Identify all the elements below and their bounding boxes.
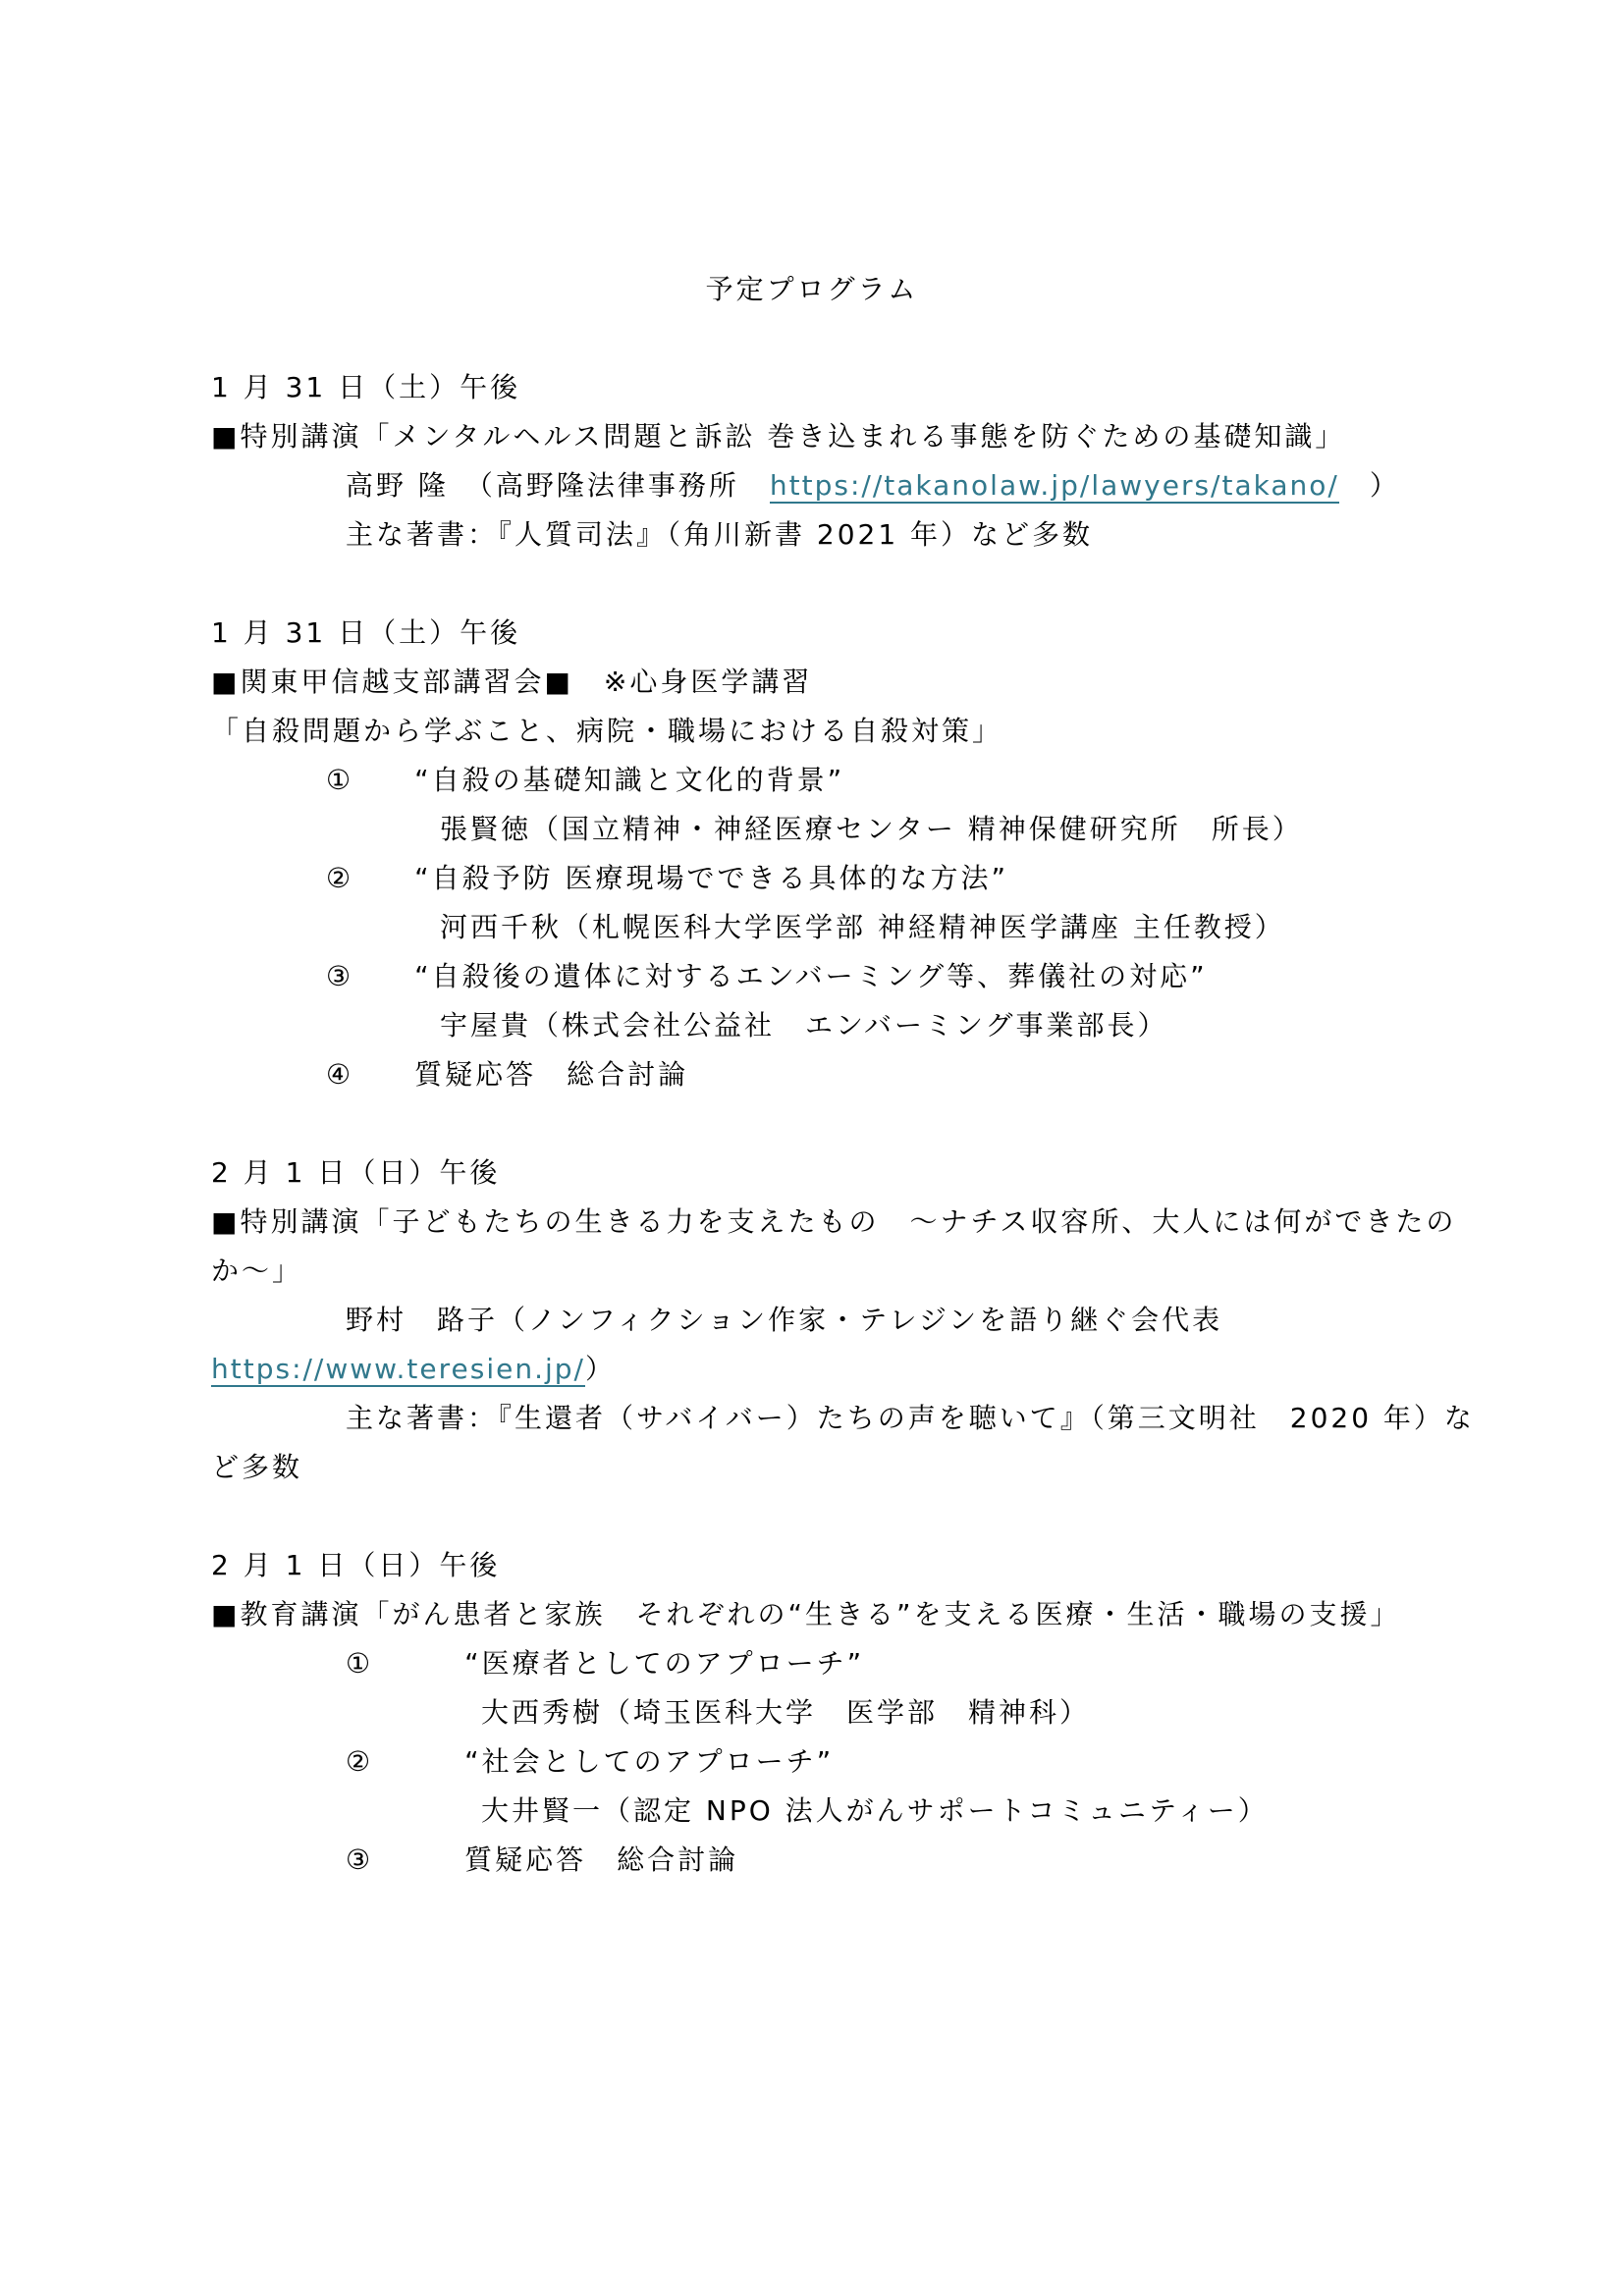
program-item: ④ 質疑応答 総合討論 bbox=[0, 1050, 1624, 1099]
session-title: ■教育講演「がん患者と家族 それぞれの“生きる”を支える医療・生活・職場の支援」 bbox=[0, 1590, 1624, 1639]
text-run: 「自殺問題から学ぶこと、病院・職場における自殺対策」 bbox=[211, 715, 1002, 747]
text-run: ② “自殺予防 医療現場でできる具体的な方法” bbox=[326, 862, 1008, 894]
page-title: 予定プログラム bbox=[0, 265, 1624, 314]
text-run: ） bbox=[585, 1353, 616, 1385]
text-run: 張賢徳（国立精神・神経医療センター 精神保健研究所 所長） bbox=[440, 813, 1303, 845]
takanolaw-link[interactable]: https://takanolaw.jp/lawyers/takano/ bbox=[770, 469, 1339, 504]
text-run: 1 月 31 日（土）午後 bbox=[211, 616, 520, 649]
session-date: 1 月 31 日（土）午後 bbox=[0, 363, 1624, 412]
text-run: ■特別講演「メンタルヘルス問題と訴訟 巻き込まれる事態を防ぐための基礎知識」 bbox=[211, 420, 1345, 453]
document-body: 予定プログラム 1 月 31 日（土）午後■特別講演「メンタルヘルス問題と訴訟 … bbox=[0, 0, 1624, 1885]
speaker-line: 野村 路子（ノンフィクション作家・テレジンを語り継ぐ会代表 bbox=[0, 1296, 1624, 1345]
speaker-line: 大井賢一（認定 NPO 法人がんサポートコミュニティー） bbox=[0, 1787, 1624, 1836]
program-item: ① “自殺の基礎知識と文化的背景” bbox=[0, 756, 1624, 805]
text-run: 1 月 31 日（土）午後 bbox=[211, 371, 520, 403]
program-item: ③ “自殺後の遺体に対するエンバーミング等、葬儀社の対応” bbox=[0, 952, 1624, 1001]
program-section: 2 月 1 日（日）午後■特別講演「子どもたちの生きる力を支えたもの ～ナチス収… bbox=[0, 1148, 1624, 1492]
session-title-wrap: か～」 bbox=[0, 1247, 1624, 1296]
program-section: 1 月 31 日（土）午後■特別講演「メンタルヘルス問題と訴訟 巻き込まれる事態… bbox=[0, 363, 1624, 560]
program-section: 2 月 1 日（日）午後■教育講演「がん患者と家族 それぞれの“生きる”を支える… bbox=[0, 1541, 1624, 1885]
text-run: ④ 質疑応答 総合討論 bbox=[326, 1058, 688, 1091]
url-line: https://www.teresien.jp/） bbox=[0, 1345, 1624, 1394]
text-run: 2 月 1 日（日）午後 bbox=[211, 1549, 500, 1581]
session-subtitle: 「自殺問題から学ぶこと、病院・職場における自殺対策」 bbox=[0, 707, 1624, 756]
text-run: ど多数 bbox=[211, 1451, 302, 1483]
program-section: 1 月 31 日（土）午後■関東甲信越支部講習会■ ※心身医学講習「自殺問題から… bbox=[0, 609, 1624, 1099]
session-title: ■特別講演「子どもたちの生きる力を支えたもの ～ナチス収容所、大人には何ができた… bbox=[0, 1198, 1624, 1247]
text-run: 大井賢一（認定 NPO 法人がんサポートコミュニティー） bbox=[481, 1794, 1269, 1827]
text-run: ② “社会としてのアプローチ” bbox=[346, 1745, 834, 1778]
text-run: 2 月 1 日（日）午後 bbox=[211, 1156, 500, 1189]
books-line-wrap: ど多数 bbox=[0, 1443, 1624, 1492]
speaker-line: 河西千秋（札幌医科大学医学部 神経精神医学講座 主任教授） bbox=[0, 903, 1624, 952]
speaker-line: 張賢徳（国立精神・神経医療センター 精神保健研究所 所長） bbox=[0, 805, 1624, 854]
session-title: ■関東甲信越支部講習会■ ※心身医学講習 bbox=[0, 658, 1624, 707]
speaker-line: 大西秀樹（埼玉医科大学 医学部 精神科） bbox=[0, 1688, 1624, 1737]
text-run: 主な著書：『人質司法』（角川新書 2021 年）など多数 bbox=[346, 518, 1093, 551]
text-run: 河西千秋（札幌医科大学医学部 神経精神医学講座 主任教授） bbox=[440, 911, 1285, 943]
books-line: 主な著書：『人質司法』（角川新書 2021 年）など多数 bbox=[0, 510, 1624, 560]
text-run: か～」 bbox=[211, 1255, 302, 1287]
teresien-link[interactable]: https://www.teresien.jp/ bbox=[211, 1353, 585, 1387]
speaker-line: 宇屋貴（株式会社公益社 エンバーミング事業部長） bbox=[0, 1001, 1624, 1050]
session-date: 2 月 1 日（日）午後 bbox=[0, 1541, 1624, 1590]
text-run: ■関東甲信越支部講習会■ ※心身医学講習 bbox=[211, 666, 812, 698]
session-date: 2 月 1 日（日）午後 bbox=[0, 1148, 1624, 1198]
program-item: ② “自殺予防 医療現場でできる具体的な方法” bbox=[0, 854, 1624, 903]
text-run: 大西秀樹（埼玉医科大学 医学部 精神科） bbox=[481, 1696, 1090, 1729]
session-date: 1 月 31 日（土）午後 bbox=[0, 609, 1624, 658]
text-run: ■教育講演「がん患者と家族 それぞれの“生きる”を支える医療・生活・職場の支援」 bbox=[211, 1598, 1400, 1630]
program-item: ② “社会としてのアプローチ” bbox=[0, 1737, 1624, 1787]
text-run: ① “自殺の基礎知識と文化的背景” bbox=[326, 764, 844, 796]
document-page: 予定プログラム 1 月 31 日（土）午後■特別講演「メンタルヘルス問題と訴訟 … bbox=[0, 0, 1624, 2296]
text-run: 主な著書：『生還者（サバイバー）たちの声を聴いて』（第三文明社 2020 年）な bbox=[346, 1402, 1475, 1434]
text-run: ① “医療者としてのアプローチ” bbox=[346, 1647, 864, 1680]
speaker-line: 高野 隆 （高野隆法律事務所 https://takanolaw.jp/lawy… bbox=[0, 461, 1624, 510]
session-title: ■特別講演「メンタルヘルス問題と訴訟 巻き込まれる事態を防ぐための基礎知識」 bbox=[0, 412, 1624, 461]
text-run: ■特別講演「子どもたちの生きる力を支えたもの ～ナチス収容所、大人には何ができた… bbox=[211, 1205, 1456, 1238]
program-item: ③ 質疑応答 総合討論 bbox=[0, 1836, 1624, 1885]
text-run: 宇屋貴（株式会社公益社 エンバーミング事業部長） bbox=[440, 1009, 1167, 1041]
books-line: 主な著書：『生還者（サバイバー）たちの声を聴いて』（第三文明社 2020 年）な bbox=[0, 1394, 1624, 1443]
text-run: 野村 路子（ノンフィクション作家・テレジンを語り継ぐ会代表 bbox=[346, 1304, 1222, 1336]
text-run: ③ “自殺後の遺体に対するエンバーミング等、葬儀社の対応” bbox=[326, 960, 1208, 992]
text-run: 高野 隆 （高野隆法律事務所 bbox=[346, 469, 770, 502]
program-item: ① “医療者としてのアプローチ” bbox=[0, 1639, 1624, 1688]
text-run: ） bbox=[1339, 469, 1400, 502]
text-run: ③ 質疑応答 総合討論 bbox=[346, 1843, 738, 1876]
